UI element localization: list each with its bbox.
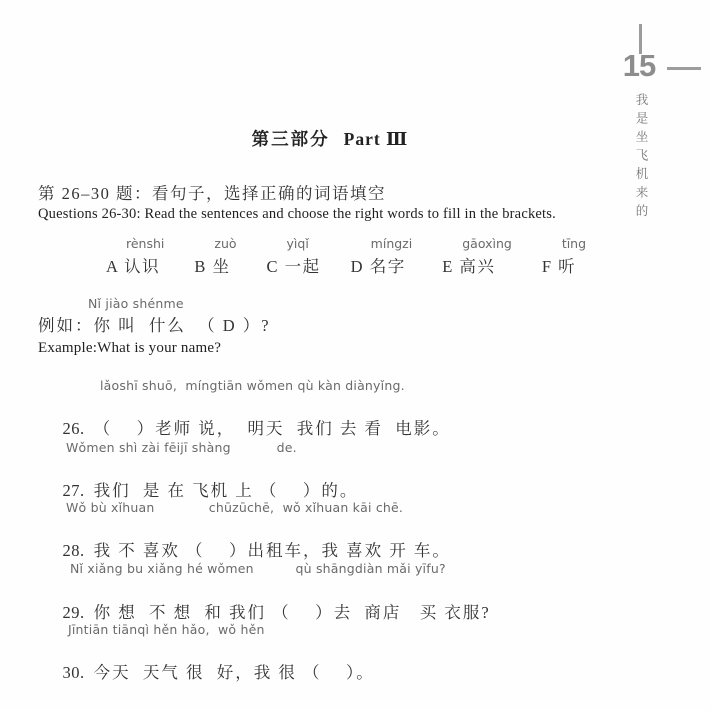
word-bank-word: F 听 xyxy=(542,253,586,277)
question-30-text: 今天 天气 很 好，我 很 （ ）。 xyxy=(94,663,375,682)
word-bank-option-e: gāoxìng E 高兴 xyxy=(442,236,512,277)
question-27-pinyin: Wǒmen shì zài fēijī shàng de. xyxy=(66,440,297,455)
word-bank-option-c: yìqǐ C 一起 xyxy=(267,236,321,277)
word-bank-pinyin: míngzi xyxy=(371,236,413,251)
word-bank-pinyin: zuò xyxy=(214,236,236,251)
question-30-sentence: 30.今天 天气 很 好，我 很 （ ）。 xyxy=(38,639,375,703)
question-27-number: 27. xyxy=(63,481,85,500)
word-bank-word: A 认识 xyxy=(106,253,164,277)
example-english: Example:What is your name? xyxy=(38,340,221,357)
word-bank-word: E 高兴 xyxy=(442,253,512,277)
question-30-pinyin: Jīntiān tiānqì hěn hǎo, wǒ hěn xyxy=(68,622,265,637)
question-26-text: （ ）老师 说， 明天 我们 去 看 电影。 xyxy=(94,419,451,438)
word-bank-pinyin: gāoxìng xyxy=(462,236,512,251)
word-bank-pinyin: yìqǐ xyxy=(287,236,321,251)
example-pinyin: Nǐ jiào shénme xyxy=(88,296,184,311)
word-bank-option-f: tīng F 听 xyxy=(542,236,586,277)
word-bank: rènshi A 认识 zuò B 坐 yìqǐ C 一起 míngzi D 名… xyxy=(106,236,586,277)
word-bank-word: C 一起 xyxy=(267,253,321,277)
question-28-text: 我 不 喜欢 （ ）出租车，我 喜欢 开 车。 xyxy=(94,541,451,560)
question-29-text: 你 想 不 想 和 我们 （ ）去 商店 买 衣服? xyxy=(94,603,491,622)
word-bank-pinyin: rènshi xyxy=(126,236,164,251)
question-28-number: 28. xyxy=(63,541,85,560)
section-title: 第三部分Part Ⅲ xyxy=(0,126,660,151)
word-bank-word: B 坐 xyxy=(194,253,236,277)
workbook-page: 第三部分Part Ⅲ 第 26–30 题：看句子，选择正确的词语填空 Quest… xyxy=(0,0,710,710)
word-bank-option-b: zuò B 坐 xyxy=(194,236,236,277)
chapter-title-vertical: 我是坐飞机来的 xyxy=(632,93,650,223)
section-title-part: Part Ⅲ xyxy=(344,129,409,149)
question-30-number: 30. xyxy=(63,663,85,682)
word-bank-option-d: míngzi D 名字 xyxy=(351,236,413,277)
section-title-zh: 第三部分 xyxy=(252,129,330,149)
instructions-zh: 第 26–30 题：看句子，选择正确的词语填空 xyxy=(38,180,386,204)
word-bank-word: D 名字 xyxy=(351,253,413,277)
word-bank-pinyin: tīng xyxy=(562,236,586,251)
question-29-number: 29. xyxy=(63,603,85,622)
word-bank-option-a: rènshi A 认识 xyxy=(106,236,164,277)
page-number: 15 xyxy=(614,48,664,84)
example-sentence: 例如：你 叫 什么 （ D ）? xyxy=(38,312,271,336)
instructions-en: Questions 26-30: Read the sentences and … xyxy=(38,206,556,223)
question-26-number: 26. xyxy=(63,419,85,438)
question-27-text: 我们 是 在 飞机 上 （ ）的。 xyxy=(94,481,359,500)
margin-tick-horizontal xyxy=(667,67,701,70)
question-29-pinyin: Nǐ xiǎng bu xiǎng hé wǒmen qù shāngdiàn … xyxy=(70,561,446,576)
question-28-pinyin: Wǒ bù xǐhuan chūzūchē, wǒ xǐhuan kāi chē… xyxy=(66,500,403,515)
question-26-pinyin: lǎoshī shuō, míngtiān wǒmen qù kàn diàny… xyxy=(100,378,405,393)
